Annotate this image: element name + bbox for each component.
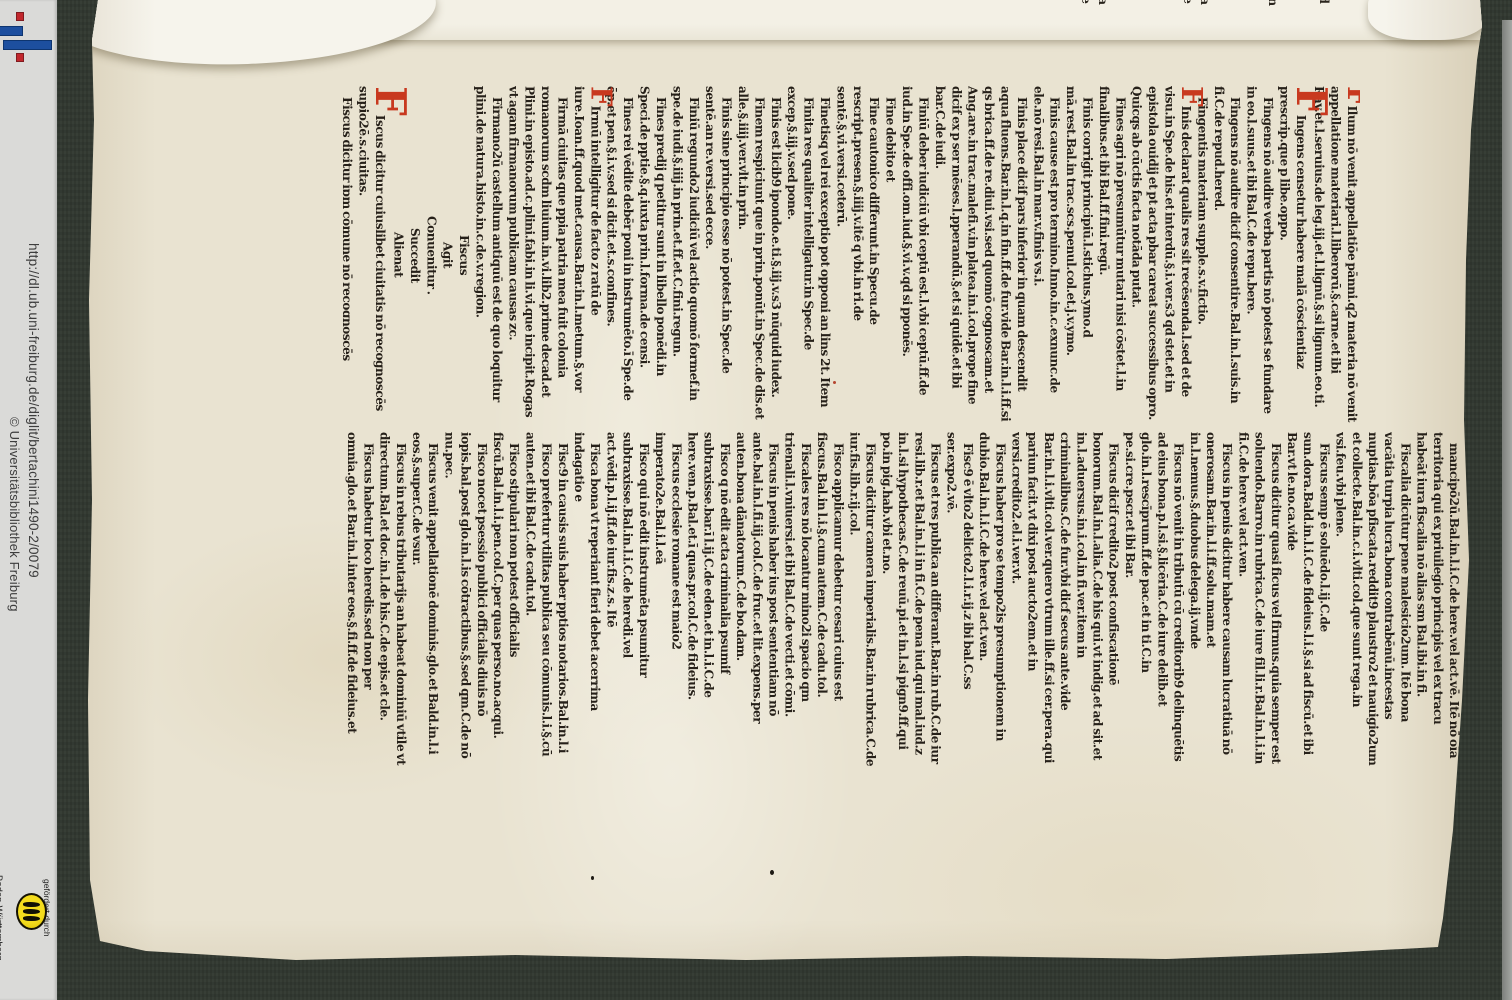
entry-paragraph: Fiscus nō venit in tributū cū creditorib… xyxy=(1122,432,1187,768)
index-list-item: Fiscus xyxy=(456,86,472,424)
entry-paragraph: Fiscus ecclesie romane est maio2 imperat… xyxy=(652,432,684,768)
entry-paragraph: FInis declarat qualis res sit recēsenda.… xyxy=(1128,86,1194,424)
entry-paragraph: Fiscus dicitur camera imperialis.Bar.in … xyxy=(846,432,878,768)
text-column-first: FIlum nō venit appellatiōe pānni.q2 mate… xyxy=(343,86,1360,424)
entry-paragraph: FIngens censetur habere malā cōscientiaz… xyxy=(1276,86,1311,424)
entry-paragraph: Fiscus haber pro se tempo2is presumption… xyxy=(976,432,1008,768)
entry-paragraph: Fiscalia dicūtur pene malesicio2um. Itē … xyxy=(1332,432,1413,768)
entry-paragraph: Finis sine principio esse nō potest.in S… xyxy=(702,86,735,424)
entry-paragraph: Fisco stipulari non potest officialis fi… xyxy=(490,432,522,768)
book-page-scan: bis ca ff de re diui vsi sed quomo cogno… xyxy=(86,0,1482,968)
entry-paragraph: Fingens nō audire verba partis nō potest… xyxy=(1243,86,1276,424)
rubricated-initial: F xyxy=(1341,86,1360,106)
rubricated-initial: F xyxy=(1175,86,1209,106)
entry-paragraph: Fiscales res nō locantur mino2i spacio q… xyxy=(781,432,813,768)
entry-paragraph: Fiscus semp ē soluēdo.l.ij.C.de sun.dora… xyxy=(1284,432,1333,768)
ink-speck xyxy=(770,870,774,875)
screenshot-root: { "frame": { "url_text": "http://dl.ub.u… xyxy=(0,0,1512,1000)
entry-paragraph: Firmano2ū castellum antiquū est de quo l… xyxy=(472,86,505,424)
entry-paragraph: Firmā ciuitas que ppia patria mea fuit c… xyxy=(505,86,571,424)
lion-glyph xyxy=(23,916,40,921)
text-column-second: mancipō2ū.Bal.in.l.i.C.de here.vel act.v… xyxy=(345,432,1462,768)
entry-paragraph: Fiscus et res publica an differant.Bar.i… xyxy=(879,432,944,768)
entry-paragraph: FIlum nō venit appellatiōe pānni.q2 mate… xyxy=(1311,86,1360,424)
entry-paragraph: Fisco qui nō edit instrumēta psumitur su… xyxy=(603,432,652,768)
logo-blue-bar-long xyxy=(3,40,52,50)
entry-paragraph: Fisc9 in causis suis haber pptios notari… xyxy=(555,432,571,768)
entry-paragraph: Finis corrigit principiū.l.stichus.ymo.d… xyxy=(1063,86,1096,424)
logo-red-square-top xyxy=(16,12,24,21)
entry-paragraph: Finiū regundo2 iudiciū vel actio quomō f… xyxy=(669,86,702,424)
index-list-item: Agit xyxy=(439,86,455,424)
logo-blue-bar-short xyxy=(0,26,23,36)
ub-freiburg-logo-icon xyxy=(0,0,57,70)
facing-page-text-sliver: bis ca ff de re diui vsi sed quomo cogno… xyxy=(300,0,1332,11)
ink-speck xyxy=(591,876,594,880)
entry-paragraph: Finetisq vel rei exceptio pot opponi an … xyxy=(817,86,833,424)
entry-paragraph: Fiscus in penis dicitur habere causam lu… xyxy=(1187,432,1236,768)
logo-red-square-bottom xyxy=(16,53,24,62)
page-curl-top-right xyxy=(1368,0,1488,40)
entry-paragraph: Fiscus in rebus tributarijs an habeat do… xyxy=(376,432,408,768)
entry-paragraph: Finem respiciunt que in prin.ponūt.in Sp… xyxy=(735,86,768,424)
index-list-item: Succedit xyxy=(406,86,422,424)
entry-paragraph: Fiscus venit appellationē dominis.glo.et… xyxy=(409,432,441,768)
entry-paragraph: Finiū deber iudiciū vbi ceptū est.l.vbi … xyxy=(899,86,932,424)
entry-paragraph: Finis est licib9 ipondo.e.ti.§.iij.v.s3 … xyxy=(767,86,783,424)
rubricated-initial: F xyxy=(366,86,415,115)
entry-paragraph: Fine cautonico differunt.in Specu.de res… xyxy=(833,86,882,424)
entry-paragraph: Fingens nō audire dicif consentire.Bal.i… xyxy=(1210,86,1243,424)
entry-paragraph: Fisco applicamur debetur cesari cuius es… xyxy=(814,432,846,768)
entry-paragraph: Finis place dicif pars inferior in quam … xyxy=(931,86,1029,424)
lion-glyph xyxy=(23,902,40,907)
lion-glyph xyxy=(23,909,40,914)
entry-paragraph: Fine debito et xyxy=(882,86,898,424)
entry-paragraph: mancipō2ū.Bal.in.l.i.C.de here.vel act.v… xyxy=(1413,432,1462,768)
entry-paragraph: FIscus dicitur cuiuslibet ciuitatis nō r… xyxy=(355,86,390,424)
entry-paragraph: Fines rei vēdite debēr poni in instrumēt… xyxy=(603,86,636,424)
entry-paragraph: Fiscus habetur loco heredis.sed non per … xyxy=(345,432,376,768)
page-curl-top-left xyxy=(54,0,438,71)
source-url-label: http://dl.ub.uni-freiburg.de/diglit/bert… xyxy=(26,243,41,578)
entry-paragraph: FIrmū intelligitur de facto z ratū de iu… xyxy=(571,86,604,424)
entry-paragraph: Fingentis materiam supple.s.v.fictio. xyxy=(1194,86,1210,424)
baden-wuerttemberg-arms-icon xyxy=(16,893,47,930)
rubricated-initial: F xyxy=(1287,86,1336,115)
index-list-item: Conuenitur . xyxy=(423,86,439,424)
index-list-item: Alienat xyxy=(390,86,406,424)
funder-label: Baden-Württemberg xyxy=(0,875,4,961)
entry-paragraph: Fisca bona vt reperiant fieri debet acer… xyxy=(571,432,603,768)
entry-paragraph: Fisco q nō edit acta criminalia psumif s… xyxy=(684,432,733,768)
entry-paragraph: Fiscus dicitur ipm cōmune nō recognoscēs… xyxy=(343,86,355,424)
entry-paragraph: Fisc9 ē vlto2 delicto2.l.i.r.ij.z ibi ba… xyxy=(944,432,976,768)
entry-paragraph: Fiscus in penis haber ius post sententia… xyxy=(733,432,782,768)
copyright-label: © Universitätsbibliothek Freiburg xyxy=(7,417,22,612)
entry-paragraph: Finis cause est pro termino.Inno.in.c.ex… xyxy=(1030,86,1063,424)
entry-paragraph: Finita res qualiter intelligatur.in Spec… xyxy=(784,86,817,424)
rubricated-initial: F xyxy=(584,86,618,106)
entry-paragraph: Fisco nocet psessio publici officialis d… xyxy=(441,432,490,768)
entry-paragraph: Fines predij q petitur sunt in libello p… xyxy=(636,86,669,424)
entry-paragraph: Fiscus dicitur quasi ficus vel firmus.qu… xyxy=(1235,432,1284,768)
scan-cradle-edge xyxy=(1502,20,1512,1000)
entry-paragraph: Fines agri nō presumūtur mutari nisi cōs… xyxy=(1096,86,1129,424)
entry-paragraph: Fisco prefertur vtilitas publica seu cōm… xyxy=(522,432,554,768)
library-frame-sidebar: http://dl.ub.uni-freiburg.de/diglit/bert… xyxy=(0,0,57,1000)
entry-paragraph: Fiscus dicif credito2 post confiscationē… xyxy=(1008,432,1121,768)
red-ink-speck xyxy=(833,381,836,384)
